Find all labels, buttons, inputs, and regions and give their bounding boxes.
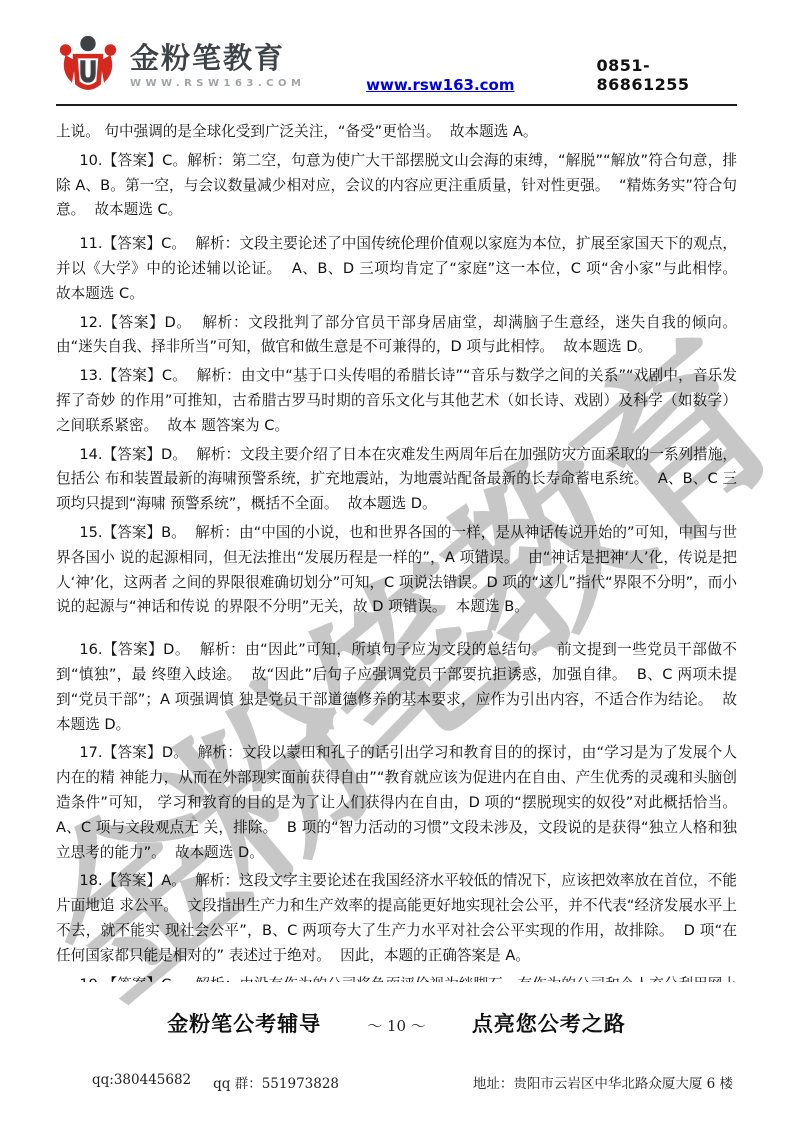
page-footer: 金粉笔公考辅导 ～ 10 ～ 点亮您公考之路 (0, 1008, 793, 1038)
header-divider (56, 104, 737, 106)
answer-paragraph-16: 16.【答案】D。 解析：由“因此”可知，所填句子应为文段的总结句。 前文提到一… (56, 638, 737, 737)
contact-info: qq:380445682 qq 群：551973828 地址：贵阳市云岩区中华北… (92, 1072, 733, 1092)
address: 地址：贵阳市云岩区中华北路众厦大厦 6 楼 (473, 1072, 733, 1092)
brand-logo-text: 金粉笔教育 WWW.RSW163.COM (130, 43, 305, 89)
answer-paragraph-9-cont: 上说。 句中强调的是全球化受到广泛关注，“备受”更恰当。 故本题选 A。 (56, 120, 737, 145)
website-link[interactable]: www.rsw163.com (366, 76, 514, 94)
people-u-emblem-icon (56, 34, 120, 98)
qq-group-number: qq 群：551973828 (213, 1072, 339, 1092)
qq-number: qq:380445682 (92, 1072, 191, 1092)
answer-paragraph-13: 13.【答案】C。 解析：由文中“基于口头传唱的希腊长诗”“音乐与数学之间的关系… (56, 364, 737, 438)
answer-paragraph-19: 19.【答案】C。 解析：由没有作为的公司将负面评价视为绊脚石，有作为的公司和个… (56, 973, 737, 983)
document-page: 金粉笔教育 WWW.RSW163.COM www.rsw163.com 0851… (0, 0, 793, 1122)
qq-contacts: qq:380445682 qq 群：551973828 (92, 1072, 339, 1092)
answer-paragraph-18: 18.【答案】A。 解析：这段文字主要论述在我国经济水平较低的情况下，应该把效率… (56, 869, 737, 968)
phone-number: 0851-86861255 (596, 56, 737, 94)
answer-paragraph-15: 15.【答案】B。 解析：由“中国的小说，也和世界各国的一样，是从神话传说开始的… (56, 521, 737, 620)
page-header: 金粉笔教育 WWW.RSW163.COM www.rsw163.com 0851… (0, 0, 793, 102)
answer-paragraph-12: 12.【答案】D。 解析：文段批判了部分官员干部身居庙堂，却满脑子生意经，迷失自… (56, 311, 737, 361)
footer-brand: 金粉笔公考辅导 (167, 1008, 321, 1038)
page-number: ～ 10 ～ (367, 1015, 426, 1036)
answer-paragraph-11: 11.【答案】C。 解析：文段主要论述了中国传统伦理价值观以家庭为本位，扩展至家… (56, 232, 737, 306)
footer-slogan: 点亮您公考之路 (472, 1008, 626, 1038)
answer-paragraph-17: 17.【答案】D。 解析：文段以蒙田和孔子的话引出学习和教育目的的探讨，由“学习… (56, 741, 737, 865)
brand-name: 金粉笔教育 (130, 43, 305, 75)
answer-paragraph-10: 10.【答案】C。解析：第二空，句意为使广大干部摆脱文山会海的束缚，“解脱”“解… (56, 149, 737, 223)
brand-site-url: WWW.RSW163.COM (130, 78, 305, 89)
answer-explanations: 上说。 句中强调的是全球化受到广泛关注，“备受”更恰当。 故本题选 A。 10.… (56, 116, 737, 982)
brand-logo: 金粉笔教育 WWW.RSW163.COM (56, 34, 324, 98)
answer-paragraph-14: 14.【答案】D。 解析：文段主要介绍了日本在灾难发生两周年后在加强防灾方面采取… (56, 443, 737, 517)
